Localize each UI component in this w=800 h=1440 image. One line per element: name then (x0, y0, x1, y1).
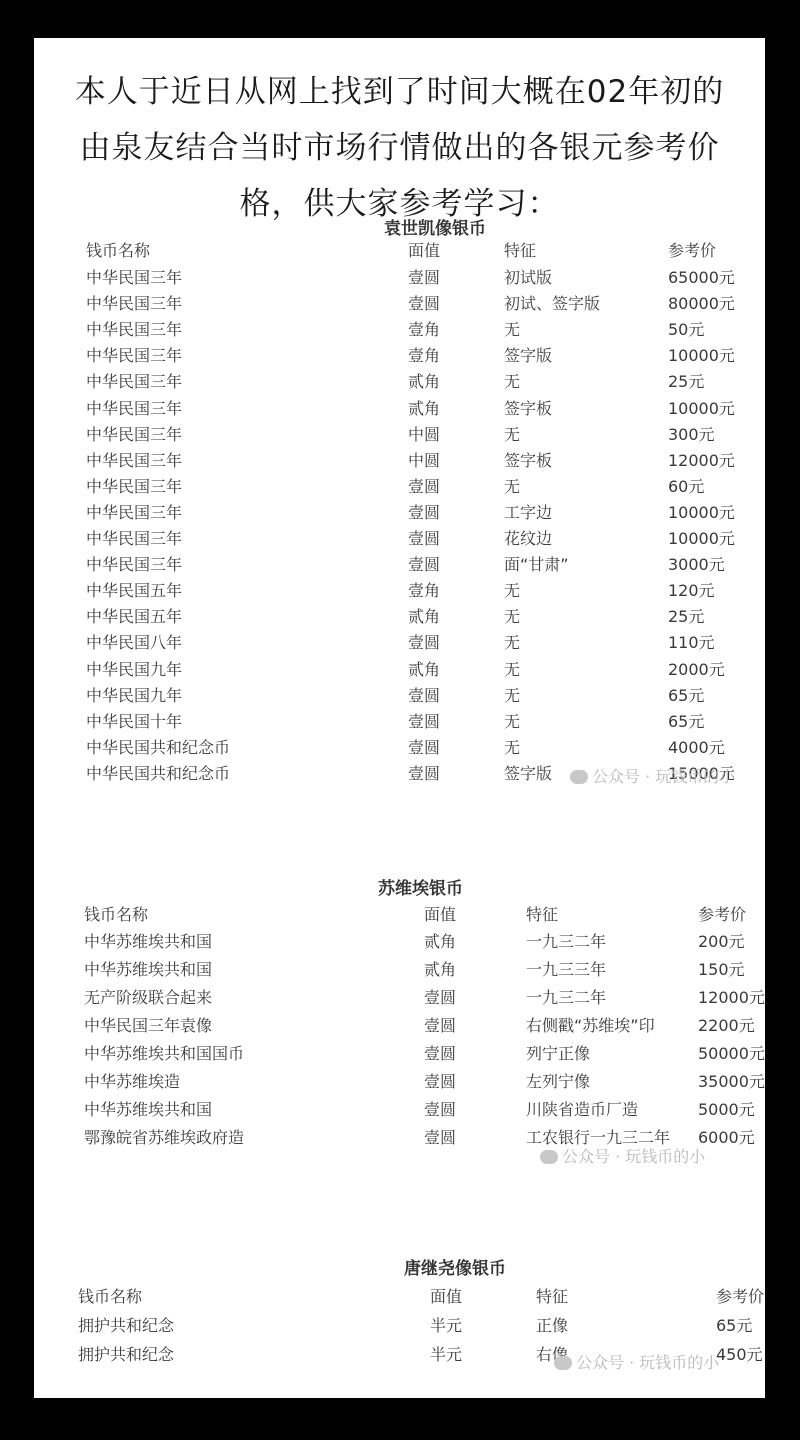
denomination: 壹圆 (408, 709, 440, 732)
table-row: 中华苏维埃共和国国币壹圆列宁正像50000元 (34, 1041, 765, 1067)
denomination: 贰角 (408, 396, 440, 419)
coin-name: 中华民国三年袁像 (84, 1013, 212, 1036)
table-header: 钱币名称 面值 特征 参考价 (34, 902, 765, 928)
reference-price: 12000元 (668, 448, 735, 471)
denomination: 中圆 (408, 422, 440, 445)
reference-price: 12000元 (698, 985, 765, 1008)
reference-price: 2200元 (698, 1013, 755, 1036)
table-row: 中华民国三年贰角无25元 (34, 369, 765, 395)
table-row: 中华苏维埃造壹圆左列宁像35000元 (34, 1069, 765, 1095)
coin-name: 鄂豫皖省苏维埃政府造 (84, 1125, 244, 1148)
feature: 右侧戳“苏维埃”印 (526, 1013, 655, 1036)
reference-price: 300元 (668, 422, 715, 445)
denomination: 壹圆 (424, 1097, 456, 1120)
reference-price: 65元 (668, 683, 704, 706)
coin-name: 拥护共和纪念 (78, 1313, 174, 1336)
coin-name: 中华民国共和纪念币 (86, 761, 230, 784)
feature: 一九三三年 (526, 957, 606, 980)
reference-price: 200元 (698, 929, 745, 952)
wechat-icon (540, 1150, 558, 1164)
feature: 签字版 (504, 761, 552, 784)
table-row: 中华苏维埃共和国壹圆川陕省造币厂造5000元 (34, 1097, 765, 1123)
denomination: 贰角 (408, 604, 440, 627)
table-row: 中华民国八年壹圆无110元 (34, 630, 765, 656)
feature: 工字边 (504, 500, 552, 523)
coin-name: 中华民国三年 (86, 552, 182, 575)
header-denomination: 面值 (430, 1284, 462, 1307)
reference-price: 50000元 (698, 1041, 765, 1064)
table-row: 中华民国三年壹圆初试版65000元 (34, 265, 765, 291)
denomination: 壹圆 (408, 683, 440, 706)
table-row: 中华民国三年壹圆花纹边10000元 (34, 526, 765, 552)
table-row: 中华民国共和纪念币壹圆无4000元 (34, 735, 765, 761)
coin-name: 中华民国三年 (86, 448, 182, 471)
feature: 一九三二年 (526, 985, 606, 1008)
reference-price: 50元 (668, 317, 704, 340)
coin-name: 中华民国三年 (86, 291, 182, 314)
table-row: 中华民国三年壹圆初试、签字版80000元 (34, 291, 765, 317)
denomination: 中圆 (408, 448, 440, 471)
reference-price: 25元 (668, 604, 704, 627)
feature: 无 (504, 630, 520, 653)
table-row: 中华民国三年壹角签字版10000元 (34, 343, 765, 369)
denomination: 贰角 (424, 929, 456, 952)
table-row: 中华苏维埃共和国贰角一九三三年150元 (34, 957, 765, 983)
denomination: 半元 (430, 1342, 462, 1365)
coin-name: 中华苏维埃造 (84, 1069, 180, 1092)
reference-price: 110元 (668, 630, 715, 653)
feature: 初试版 (504, 265, 552, 288)
intro-line-2: 由泉友结合当时市场行情做出的各银元参考价 (34, 120, 765, 176)
feature: 无 (504, 735, 520, 758)
watermark: 公众号 · 玩钱币的小 (554, 1350, 719, 1373)
header-price: 参考价 (698, 902, 746, 925)
wechat-icon (554, 1356, 572, 1370)
feature: 无 (504, 683, 520, 706)
table-header: 钱币名称 面值 特征 参考价 (34, 238, 765, 264)
reference-price: 4000元 (668, 735, 725, 758)
reference-price: 5000元 (698, 1097, 755, 1120)
denomination: 壹圆 (408, 265, 440, 288)
reference-price: 80000元 (668, 291, 735, 314)
reference-price: 450元 (716, 1342, 763, 1365)
coin-name: 中华民国三年 (86, 422, 182, 445)
table-row: 中华苏维埃共和国贰角一九三二年200元 (34, 929, 765, 955)
coin-name: 中华民国五年 (86, 604, 182, 627)
reference-price: 10000元 (668, 343, 735, 366)
wechat-icon (570, 770, 588, 784)
denomination: 贰角 (408, 657, 440, 680)
feature: 正像 (536, 1313, 568, 1336)
reference-price: 2000元 (668, 657, 725, 680)
header-feature: 特征 (536, 1284, 568, 1307)
denomination: 壹圆 (424, 1041, 456, 1064)
denomination: 壹圆 (408, 291, 440, 314)
denomination: 壹圆 (424, 985, 456, 1008)
coin-name: 中华民国三年 (86, 526, 182, 549)
watermark: 公众号 · 玩钱币的小 (540, 1144, 705, 1167)
feature: 无 (504, 604, 520, 627)
feature: 无 (504, 369, 520, 392)
coin-name: 中华民国三年 (86, 396, 182, 419)
table-row: 中华民国三年贰角签字板10000元 (34, 396, 765, 422)
coin-name: 中华民国共和纪念币 (86, 735, 230, 758)
feature: 无 (504, 422, 520, 445)
coin-name: 无产阶级联合起来 (84, 985, 212, 1008)
feature: 无 (504, 474, 520, 497)
coin-name: 中华民国九年 (86, 657, 182, 680)
reference-price: 65000元 (668, 265, 735, 288)
denomination: 壹圆 (408, 552, 440, 575)
header-feature: 特征 (504, 238, 536, 261)
denomination: 贰角 (424, 957, 456, 980)
reference-price: 25元 (668, 369, 704, 392)
section-title: 苏维埃银币 (378, 874, 463, 899)
table-row: 中华民国三年中圆签字板12000元 (34, 448, 765, 474)
intro-line-1: 本人于近日从网上找到了时间大概在02年初的 (34, 64, 765, 120)
header-name: 钱币名称 (86, 238, 150, 261)
feature: 无 (504, 578, 520, 601)
table-row: 中华民国三年中圆无300元 (34, 422, 765, 448)
reference-price: 10000元 (668, 526, 735, 549)
table-row: 中华民国三年壹圆面“甘肃”3000元 (34, 552, 765, 578)
coin-name: 中华民国三年 (86, 500, 182, 523)
table-row: 中华民国三年袁像壹圆右侧戳“苏维埃”印2200元 (34, 1013, 765, 1039)
header-denomination: 面值 (424, 902, 456, 925)
feature: 一九三二年 (526, 929, 606, 952)
table-row: 中华民国三年壹圆工字边10000元 (34, 500, 765, 526)
feature: 无 (504, 709, 520, 732)
table-row: 无产阶级联合起来壹圆一九三二年12000元 (34, 985, 765, 1011)
reference-price: 3000元 (668, 552, 725, 575)
table-row: 中华民国三年壹圆无60元 (34, 474, 765, 500)
header-name: 钱币名称 (84, 902, 148, 925)
feature: 花纹边 (504, 526, 552, 549)
feature: 初试、签字版 (504, 291, 600, 314)
intro-text: 本人于近日从网上找到了时间大概在02年初的 由泉友结合当时市场行情做出的各银元参… (34, 64, 765, 232)
section-title: 袁世凯像银币 (384, 214, 486, 239)
reference-price: 65元 (668, 709, 704, 732)
coin-name: 中华民国三年 (86, 369, 182, 392)
reference-price: 10000元 (668, 396, 735, 419)
document-page: 本人于近日从网上找到了时间大概在02年初的 由泉友结合当时市场行情做出的各银元参… (34, 38, 765, 1398)
denomination: 壹圆 (424, 1069, 456, 1092)
table-row: 中华民国十年壹圆无65元 (34, 709, 765, 735)
denomination: 壹圆 (424, 1125, 456, 1148)
coin-name: 中华民国三年 (86, 343, 182, 366)
coin-name: 中华民国三年 (86, 317, 182, 340)
coin-name: 中华民国三年 (86, 474, 182, 497)
reference-price: 10000元 (668, 500, 735, 523)
coin-name: 中华民国三年 (86, 265, 182, 288)
feature: 签字板 (504, 396, 552, 419)
table-row: 中华民国三年壹角无50元 (34, 317, 765, 343)
denomination: 半元 (430, 1313, 462, 1336)
watermark: 公众号 · 玩钱币的小 (570, 764, 735, 787)
table-row: 中华民国九年壹圆无65元 (34, 683, 765, 709)
table-row: 拥护共和纪念半元正像65元 (34, 1313, 765, 1339)
feature: 列宁正像 (526, 1041, 590, 1064)
reference-price: 6000元 (698, 1125, 755, 1148)
coin-name: 中华民国十年 (86, 709, 182, 732)
feature: 左列宁像 (526, 1069, 590, 1092)
feature: 签字板 (504, 448, 552, 471)
denomination: 壹角 (408, 343, 440, 366)
coin-name: 中华民国五年 (86, 578, 182, 601)
table-header: 钱币名称 面值 特征 参考价 (34, 1284, 765, 1310)
reference-price: 120元 (668, 578, 715, 601)
denomination: 壹圆 (408, 735, 440, 758)
denomination: 壹角 (408, 317, 440, 340)
header-feature: 特征 (526, 902, 558, 925)
table-row: 中华民国九年贰角无2000元 (34, 657, 765, 683)
reference-price: 60元 (668, 474, 704, 497)
denomination: 壹圆 (408, 630, 440, 653)
reference-price: 150元 (698, 957, 745, 980)
header-name: 钱币名称 (78, 1284, 142, 1307)
header-denomination: 面值 (408, 238, 440, 261)
table-row: 中华民国五年壹角无120元 (34, 578, 765, 604)
denomination: 壹圆 (424, 1013, 456, 1036)
table-row: 中华民国五年贰角无25元 (34, 604, 765, 630)
feature: 无 (504, 317, 520, 340)
denomination: 壹圆 (408, 526, 440, 549)
header-price: 参考价 (668, 238, 716, 261)
denomination: 壹角 (408, 578, 440, 601)
feature: 川陕省造币厂造 (526, 1097, 638, 1120)
denomination: 壹圆 (408, 474, 440, 497)
coin-name: 拥护共和纪念 (78, 1342, 174, 1365)
section-title: 唐继尧像银币 (404, 1254, 506, 1279)
reference-price: 35000元 (698, 1069, 765, 1092)
coin-name: 中华苏维埃共和国 (84, 957, 212, 980)
coin-name: 中华苏维埃共和国 (84, 1097, 212, 1120)
reference-price: 65元 (716, 1313, 752, 1336)
feature: 无 (504, 657, 520, 680)
header-price: 参考价 (716, 1284, 764, 1307)
feature: 面“甘肃” (504, 552, 569, 575)
coin-name: 中华民国九年 (86, 683, 182, 706)
denomination: 壹圆 (408, 500, 440, 523)
feature: 签字版 (504, 343, 552, 366)
denomination: 贰角 (408, 369, 440, 392)
coin-name: 中华苏维埃共和国国币 (84, 1041, 244, 1064)
coin-name: 中华民国八年 (86, 630, 182, 653)
denomination: 壹圆 (408, 761, 440, 784)
coin-name: 中华苏维埃共和国 (84, 929, 212, 952)
